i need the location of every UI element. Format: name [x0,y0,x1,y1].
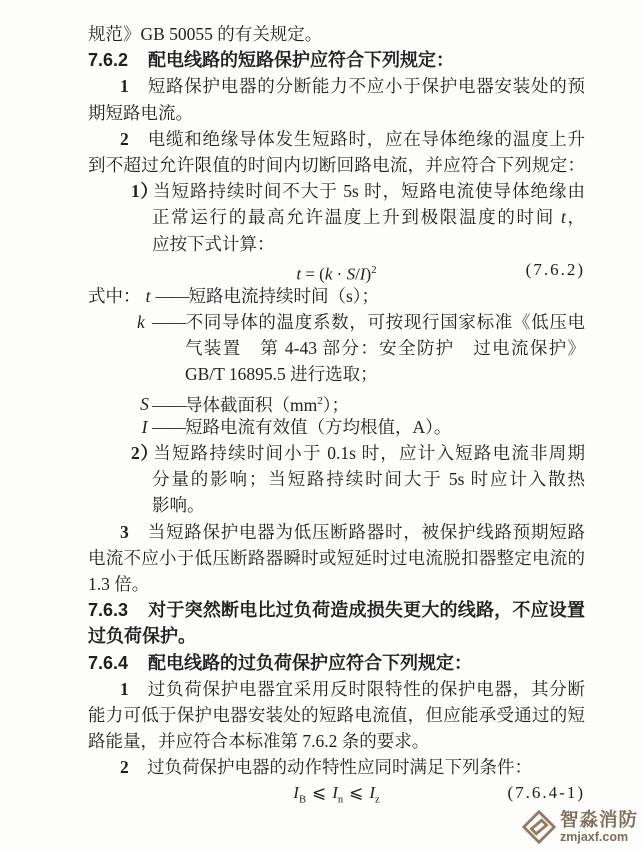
clause-7-6-4-item-2: 2过负荷保护电器的动作特性应同时满足下列条件： [88,754,585,780]
formula-7-6-4-1: IB⩽In⩽Iz(7.6.4-1) [88,780,585,806]
item-number: 2 [120,754,147,780]
clause-heading-text: 配电线路的短路保护应符合下列规定： [148,50,454,70]
item-number: 3 [120,519,147,545]
legend-line-I: I——短路电流有效值（方均根值，A）。 [88,414,585,440]
clause-7-6-2-item-1: 1短路保护电器的分断能力不应小于保护电器安装处的预 [88,73,585,99]
subitem-text: 正常运行的最高允许温度上升到极限温度的时间 [152,207,561,227]
legend-dash: —— [152,417,185,437]
legend-line-t: 式中：t——短路电流持续时间（s）； [88,283,585,309]
legend-dash: —— [152,394,185,414]
subitem-1-continuation: 正常运行的最高允许温度上升到极限温度的时间 t， [88,204,585,230]
item-2-continuation: 到不超过允许限值的时间内切断回路电流，并应符合下列规定： [88,152,585,178]
watermark-url: zmjaxf.com [560,831,638,844]
item-text: 电缆和绝缘导体发生短路时，应在导体绝缘的温度上升 [147,129,585,149]
legend-dash: —— [156,286,189,306]
variable-symbol: I [137,414,152,440]
legend-line-k: k——不同导体的温度系数，可按现行国家标准《低压电 [88,309,585,335]
paragraph-continuation-line: 规范》GB 50055 的有关规定。 [88,21,585,47]
clause-number: 7.6.2 [88,47,148,73]
scanned-document-page: 规范》GB 50055 的有关规定。 7.6.2配电线路的短路保护应符合下列规定… [0,0,642,851]
item-1-continuation: 能力可低于保护电器安装处的短路电流值，但应能承受通过的短 [88,702,585,728]
clause-7-6-2-heading: 7.6.2配电线路的短路保护应符合下列规定： [88,47,585,73]
formula-variable: S [347,264,356,283]
item-text: 过负荷保护电器的动作特性应同时满足下列条件： [147,757,532,777]
subitem-text: ， [566,207,585,227]
subitem-number: 2） [131,440,152,466]
legend-prefix: 式中： [88,286,141,306]
equation-number: (7.6.2) [526,257,585,283]
subitem-number: 1） [131,178,152,204]
diamond-chevron-logo-icon [520,808,558,846]
legend-k-continuation: GB/T 16895.5 进行选取； [88,361,585,387]
formula-operator: · [332,264,346,283]
subitem-2-line: 2）当短路持续时间小于 0.1s 时，应计入短路电流非周期 [88,440,585,466]
clause-heading-text: 配电线路的过负荷保护应符合下列规定： [148,653,472,673]
clause-7-6-3-continuation: 过负荷保护。 [88,623,585,649]
legend-description: 导体截面积（mm [185,394,317,414]
less-equal-symbol: ⩽ [306,783,332,802]
item-number: 1 [120,676,147,702]
item-number: 1 [120,73,147,99]
item-text: 短路保护电器的分断能力不应小于保护电器安装处的预 [147,76,585,96]
item-text: 当短路保护电器为低压断路器时，被保护线路预期短路 [147,522,585,542]
subitem-text: 当短路持续时间小于 0.1s 时，应计入短路电流非周期 [152,443,585,463]
watermark: 智淼消防 zmjaxf.com [520,808,638,846]
clause-7-6-4-item-1: 1过负荷保护电器宜采用反时限特性的保护电器，其分断 [88,676,585,702]
legend-description: ）； [323,394,349,414]
document-text-block: 规范》GB 50055 的有关规定。 7.6.2配电线路的短路保护应符合下列规定… [88,21,585,807]
legend-description: 不同导体的温度系数，可按现行国家标准《低压电 [185,312,585,332]
legend-description: 短路电流有效值（方均根值，A）。 [185,417,451,437]
item-1-continuation: 期短路电流。 [88,100,585,126]
variable-symbol: t [141,283,156,309]
subitem-1-line: 1）当短路持续时间不大于 5s 时，短路电流使导体绝缘由 [88,178,585,204]
legend-description: 短路电流持续时间（s）； [189,286,380,306]
formula-exponent: 2 [371,264,377,276]
item-number: 2 [120,126,147,152]
clause-7-6-4-heading: 7.6.4配电线路的过负荷保护应符合下列规定： [88,650,585,676]
legend-k-continuation: 气装置 第 4-43 部分：安全防护 过电流保护》 [88,335,585,361]
clause-7-6-2-item-3: 3当短路保护电器为低压断路器时，被保护线路预期短路 [88,519,585,545]
item-text: 过负荷保护电器宜采用反时限特性的保护电器，其分断 [147,679,585,699]
legend-dash: —— [152,312,185,332]
clause-heading-text: 对于突然断电比过负荷造成损失更大的线路，不应设置 [148,600,585,620]
item-1-continuation: 路能量，并应符合本标准第 7.6.2 条的要求。 [88,728,585,754]
clause-7-6-2-item-2: 2电缆和绝缘导体发生短路时，应在导体绝缘的温度上升 [88,126,585,152]
subitem-2-continuation: 分量的影响；当短路持续时间大于 5s 时应计入散热 [88,466,585,492]
subitem-1-continuation: 应按下式计算： [88,231,585,257]
item-3-continuation: 1.3 倍。 [88,571,585,597]
formula-operator: = ( [301,264,325,283]
formula-7-6-2: t = (k · S/I)2(7.6.2) [88,257,585,283]
less-equal-symbol: ⩽ [343,783,369,802]
variable-symbol: k [137,309,152,335]
watermark-text: 智淼消防 zmjaxf.com [560,811,638,844]
subitem-2-continuation: 影响。 [88,492,585,518]
formula-subscript: z [375,795,380,806]
watermark-brand: 智淼消防 [560,811,638,830]
clause-7-6-3-heading: 7.6.3对于突然断电比过负荷造成损失更大的线路，不应设置 [88,597,585,623]
formula-subscript: B [299,795,306,806]
subitem-text: 当短路持续时间不大于 5s 时，短路电流使导体绝缘由 [152,181,585,201]
legend-line-S: S——导体截面积（mm2）； [88,388,585,414]
clause-number: 7.6.3 [88,597,148,623]
item-3-continuation: 电流不应小于低压断路器瞬时或短延时过电流脱扣器整定电流的 [88,545,585,571]
equation-number: (7.6.4-1) [508,780,585,806]
clause-number: 7.6.4 [88,650,148,676]
